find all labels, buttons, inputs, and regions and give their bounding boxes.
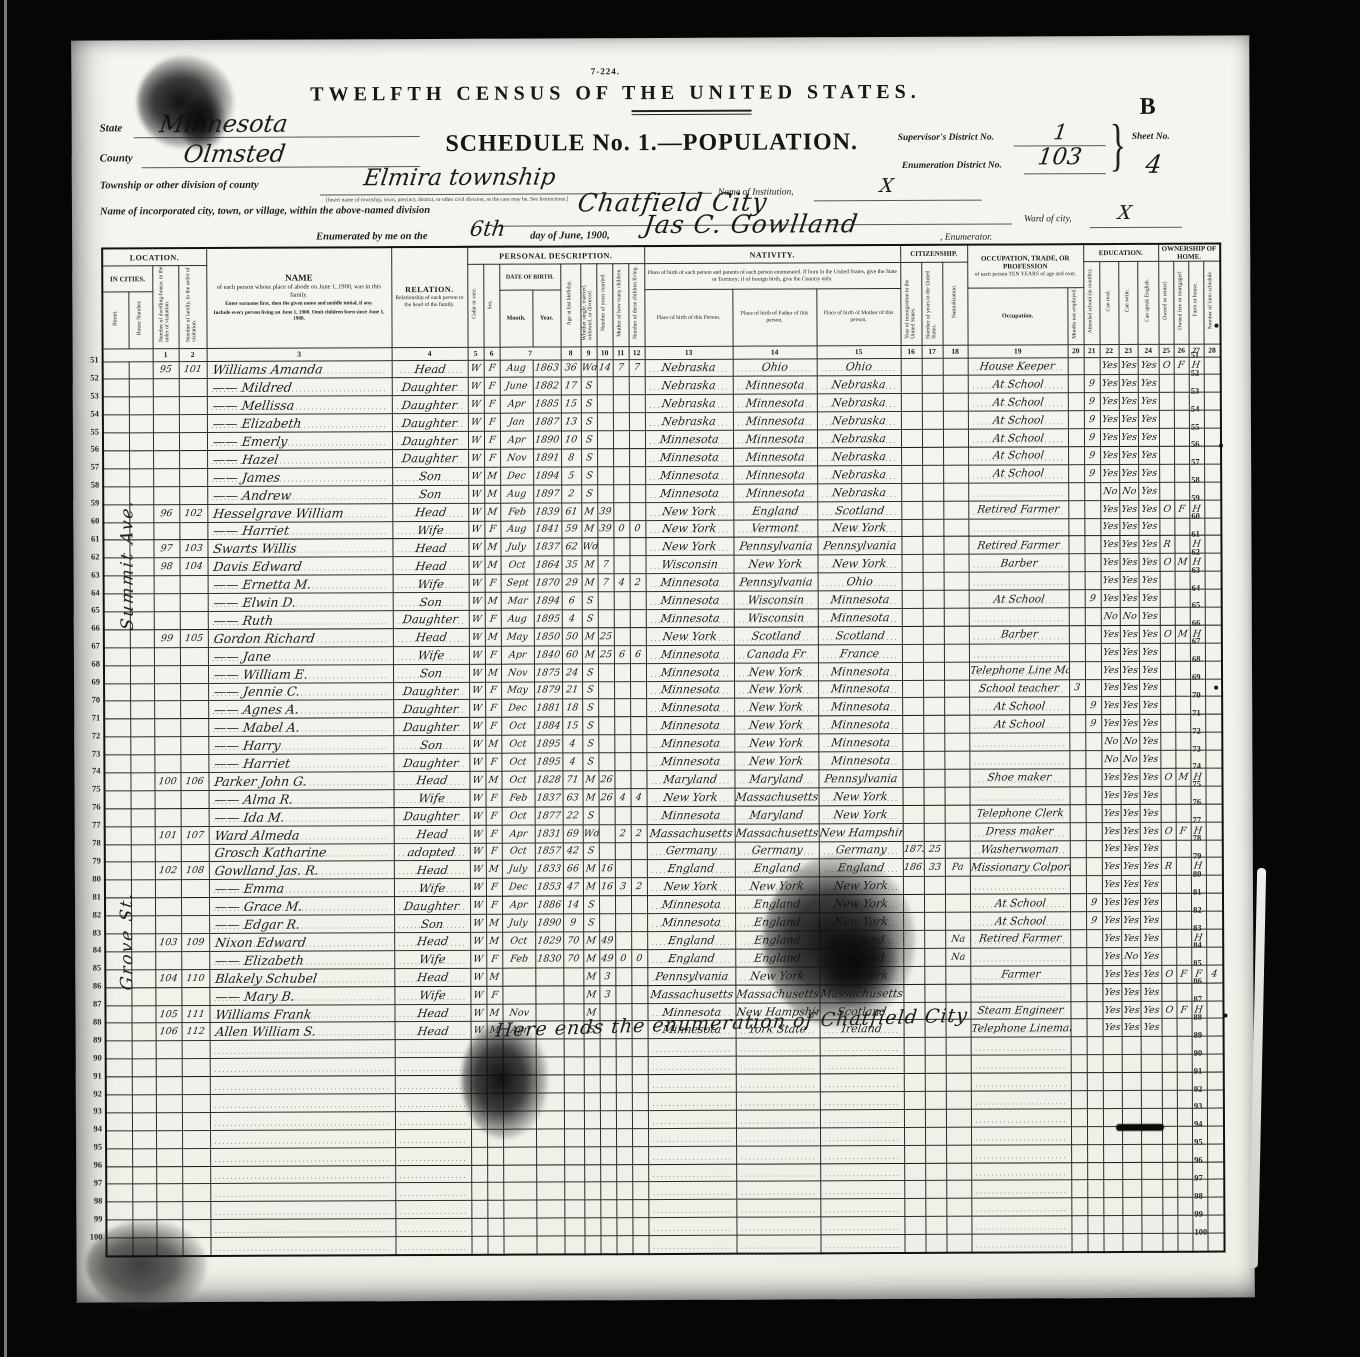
attended-school bbox=[1087, 1180, 1103, 1198]
family-number bbox=[182, 1094, 210, 1112]
birthplace-father bbox=[736, 1163, 820, 1181]
can-speak-english: Yes bbox=[1140, 947, 1161, 965]
months-not-employed bbox=[1071, 1198, 1087, 1216]
months-not-employed bbox=[1070, 787, 1086, 805]
marital-status: M bbox=[581, 520, 597, 538]
row-number: 72 bbox=[1192, 725, 1214, 743]
attended-school bbox=[1085, 625, 1101, 643]
birthplace-mother: Nebraska bbox=[817, 483, 901, 501]
occupation bbox=[971, 1127, 1071, 1145]
free-mortgaged bbox=[1175, 589, 1190, 607]
can-speak-english: Yes bbox=[1138, 500, 1159, 518]
marital-status: M bbox=[583, 932, 599, 950]
age bbox=[565, 1236, 585, 1254]
street bbox=[105, 826, 131, 844]
birth-year bbox=[537, 1236, 565, 1254]
row-number: 53 bbox=[1191, 385, 1213, 403]
mother-of-children bbox=[615, 896, 631, 914]
street bbox=[104, 719, 130, 737]
dwelling-number: 96 bbox=[153, 504, 179, 522]
can-read: Yes bbox=[1101, 590, 1120, 608]
mother-of-children bbox=[616, 1075, 632, 1093]
free-mortgaged bbox=[1175, 643, 1190, 661]
house-number bbox=[130, 755, 154, 773]
birthplace-mother: Nebraska bbox=[817, 465, 901, 483]
immigration-year bbox=[902, 680, 923, 698]
color-race bbox=[471, 1201, 487, 1219]
dwelling-number: 95 bbox=[153, 361, 179, 379]
marital-status: M bbox=[582, 556, 598, 574]
relation bbox=[395, 1129, 471, 1147]
years-in-us bbox=[922, 519, 943, 537]
children-living bbox=[630, 610, 646, 628]
immigration-year bbox=[904, 1073, 925, 1091]
months-not-employed bbox=[1070, 894, 1086, 912]
birthplace-father: Pennsylvania bbox=[734, 573, 818, 591]
months-not-employed bbox=[1071, 1216, 1087, 1234]
months-not-employed bbox=[1069, 626, 1085, 644]
years-in-us bbox=[922, 537, 943, 555]
row-number: 51 bbox=[77, 354, 99, 372]
can-speak-english: Yes bbox=[1140, 983, 1161, 1001]
color-race: W bbox=[469, 592, 485, 610]
free-mortgaged: F bbox=[1174, 357, 1189, 375]
can-read bbox=[1103, 1037, 1122, 1055]
occupation bbox=[970, 876, 1070, 894]
date-of-birth-header: DATE OF BIRTH. bbox=[499, 264, 560, 290]
years-married bbox=[598, 610, 614, 628]
dwelling-number: 101 bbox=[155, 826, 181, 844]
name: —— Elizabeth bbox=[209, 951, 394, 970]
ink-speck bbox=[1224, 1014, 1228, 1018]
name: Williams Frank bbox=[209, 1004, 394, 1023]
relation: Son bbox=[393, 736, 469, 754]
years-in-us bbox=[923, 555, 944, 573]
naturalization: Na bbox=[945, 948, 970, 966]
can-write: Yes bbox=[1120, 697, 1139, 715]
color-race: W bbox=[470, 843, 486, 861]
relation: Head bbox=[392, 503, 468, 521]
enumerator-label: , Enumerator. bbox=[940, 233, 992, 243]
color-race: W bbox=[468, 431, 484, 449]
immigration-year bbox=[903, 877, 924, 895]
can-read bbox=[1103, 1144, 1122, 1162]
color-race: W bbox=[470, 1004, 486, 1022]
census-rows: 95101Williams AmandaHeadWFAug186336Wd147… bbox=[103, 357, 1225, 1256]
birthplace-mother bbox=[820, 1074, 904, 1092]
mother-of-children bbox=[616, 1039, 632, 1057]
can-speak-english bbox=[1141, 1037, 1162, 1055]
owned-rented bbox=[1160, 715, 1175, 733]
occupation bbox=[969, 733, 1069, 751]
children-living bbox=[629, 377, 645, 395]
sex: F bbox=[485, 574, 501, 592]
can-read: Yes bbox=[1101, 554, 1120, 572]
mother-of-children bbox=[614, 753, 630, 771]
birthplace-father: New York bbox=[734, 555, 818, 573]
relation: Head bbox=[392, 539, 468, 557]
form-number: 7-224. bbox=[71, 64, 1139, 79]
immigration-year bbox=[904, 1091, 925, 1109]
can-speak-english bbox=[1141, 1072, 1162, 1090]
can-write: Yes bbox=[1121, 804, 1140, 822]
mother-of-children-header: Mother of how many children. bbox=[612, 264, 628, 347]
attended-school bbox=[1085, 661, 1101, 679]
age bbox=[564, 1129, 584, 1147]
sex: M bbox=[485, 592, 501, 610]
birthplace-mother: Minnesota bbox=[818, 698, 902, 716]
immigration-year bbox=[902, 698, 923, 716]
free-mortgaged bbox=[1176, 983, 1191, 1001]
birth-year: 1894 bbox=[534, 592, 562, 610]
months-not-employed bbox=[1069, 751, 1085, 769]
years-married bbox=[598, 663, 614, 681]
can-read bbox=[1103, 1073, 1122, 1091]
row-number: 99 bbox=[80, 1213, 102, 1231]
can-speak-english: Yes bbox=[1140, 804, 1161, 822]
mother-of-children bbox=[617, 1236, 633, 1254]
enumerated-day: 6th bbox=[468, 217, 507, 241]
family-number bbox=[179, 397, 207, 415]
dwelling-number bbox=[155, 951, 181, 969]
birth-year: 1895 bbox=[534, 735, 562, 753]
can-speak-english-header: Can speak English. bbox=[1137, 261, 1158, 344]
occupation: At School bbox=[970, 912, 1070, 930]
family-number bbox=[181, 951, 209, 969]
ink-speck bbox=[1214, 324, 1218, 328]
marital-status: S bbox=[583, 914, 599, 932]
occupation bbox=[968, 518, 1068, 536]
free-mortgaged bbox=[1177, 1019, 1192, 1037]
years-in-us bbox=[923, 590, 944, 608]
owned-rented bbox=[1162, 1162, 1177, 1180]
dwelling-number bbox=[154, 647, 180, 665]
row-number: 60 bbox=[77, 515, 99, 533]
children-living bbox=[629, 466, 645, 484]
family-number bbox=[180, 665, 208, 683]
house-number bbox=[132, 1059, 156, 1077]
can-write: Yes bbox=[1120, 572, 1139, 590]
sex-header: Sex. bbox=[483, 264, 499, 347]
birth-month: Oct bbox=[501, 735, 534, 753]
owned-rented bbox=[1160, 571, 1175, 589]
ink-smudge bbox=[179, 92, 225, 150]
name bbox=[211, 1237, 396, 1256]
relation: Daughter bbox=[392, 449, 468, 467]
birth-month: Jan bbox=[500, 413, 533, 431]
occupation bbox=[970, 983, 1070, 1001]
birthplace-person: Minnesota bbox=[645, 466, 733, 484]
can-speak-english: Yes bbox=[1140, 965, 1161, 983]
relation: Daughter bbox=[392, 378, 468, 396]
naturalization bbox=[943, 358, 968, 376]
attended-school bbox=[1085, 608, 1101, 626]
years-married bbox=[600, 1039, 616, 1057]
row-number: 56 bbox=[77, 444, 99, 462]
birthplace-person bbox=[648, 1217, 736, 1235]
immigration-year bbox=[903, 823, 924, 841]
name bbox=[210, 1183, 395, 1202]
years-married bbox=[598, 717, 614, 735]
years-married: 49 bbox=[599, 932, 615, 950]
naturalization bbox=[946, 1163, 971, 1181]
children-living bbox=[629, 502, 645, 520]
birthplace-person: Nebraska bbox=[645, 359, 733, 377]
occupation bbox=[971, 1091, 1071, 1109]
mother-of-children bbox=[615, 842, 631, 860]
relation: Head bbox=[392, 360, 468, 378]
can-speak-english bbox=[1141, 1144, 1162, 1162]
name bbox=[210, 1147, 395, 1166]
occupation-group-header: OCCUPATION, TRADE, OR PROFESSION of each… bbox=[967, 244, 1083, 288]
years-married bbox=[599, 896, 615, 914]
children-living bbox=[631, 967, 647, 985]
can-speak-english bbox=[1141, 1216, 1162, 1234]
attended-school bbox=[1086, 983, 1102, 1001]
house-number bbox=[130, 701, 154, 719]
birthplace-father: Minnesota bbox=[733, 448, 817, 466]
row-number: 94 bbox=[1194, 1119, 1216, 1137]
relation: Wife bbox=[394, 986, 470, 1004]
birthplace-father: Canada Fr bbox=[734, 645, 818, 663]
name: —— Hazel bbox=[207, 450, 392, 469]
name: —— Emma bbox=[209, 879, 394, 898]
owned-rented: O bbox=[1159, 357, 1174, 375]
mother-of-children bbox=[613, 538, 629, 556]
color-race: W bbox=[469, 664, 485, 682]
sex: F bbox=[486, 807, 502, 825]
birth-year: 1837 bbox=[535, 789, 563, 807]
birthplace-person: Minnesota bbox=[646, 591, 734, 609]
years-in-us bbox=[924, 823, 945, 841]
children-living bbox=[631, 896, 647, 914]
city-label: Name of incorporated city, town, or vill… bbox=[100, 205, 430, 217]
years-married bbox=[598, 681, 614, 699]
can-speak-english: Yes bbox=[1141, 1019, 1162, 1037]
birthplace-person bbox=[648, 1110, 736, 1128]
sex: M bbox=[484, 467, 500, 485]
can-write: Yes bbox=[1120, 715, 1139, 733]
months-not-employed bbox=[1069, 733, 1085, 751]
immigration-year bbox=[904, 1127, 925, 1145]
sex: M bbox=[485, 735, 501, 753]
months-not-employed bbox=[1071, 1073, 1087, 1091]
relation bbox=[395, 1219, 471, 1237]
occupation bbox=[969, 751, 1069, 769]
family-number bbox=[179, 522, 207, 540]
children-living: 6 bbox=[630, 645, 646, 663]
occupation: Barber bbox=[969, 554, 1069, 572]
house-number bbox=[130, 737, 154, 755]
row-number: 92 bbox=[1194, 1083, 1216, 1101]
row-number: 73 bbox=[78, 748, 100, 766]
birth-month bbox=[503, 1218, 536, 1236]
sex: M bbox=[486, 932, 502, 950]
supervisor-district-label: Supervisor's District No. bbox=[898, 133, 994, 143]
row-number: 57 bbox=[1191, 457, 1213, 475]
years-married bbox=[598, 753, 614, 771]
sex: F bbox=[486, 950, 502, 968]
months-not-employed bbox=[1071, 1055, 1087, 1073]
birth-month: Feb bbox=[502, 789, 535, 807]
relation: Head bbox=[394, 861, 470, 879]
birth-year: 1863 bbox=[533, 359, 561, 377]
occupation bbox=[971, 1198, 1071, 1216]
immigration-year bbox=[902, 626, 923, 644]
enumeration-district-value: 103 bbox=[1036, 144, 1083, 170]
birth-year: 1890 bbox=[533, 431, 561, 449]
sex: F bbox=[484, 521, 500, 539]
relation: Son bbox=[393, 592, 469, 610]
birth-month: Dec bbox=[500, 467, 533, 485]
months-not-employed bbox=[1071, 1180, 1087, 1198]
months-not-employed bbox=[1069, 572, 1085, 590]
sex: F bbox=[485, 610, 501, 628]
age: 4 bbox=[562, 753, 582, 771]
family-number bbox=[179, 450, 207, 468]
sex: F bbox=[486, 896, 502, 914]
birthplace-person: Minnesota bbox=[647, 913, 735, 931]
street bbox=[106, 1184, 132, 1202]
age: 70 bbox=[563, 950, 583, 968]
can-speak-english: Yes bbox=[1139, 750, 1160, 768]
birthplace-mother bbox=[820, 1163, 904, 1181]
years-married bbox=[600, 1182, 616, 1200]
age-header: Age at last birthday. bbox=[560, 264, 580, 347]
birth-month bbox=[504, 1236, 537, 1254]
free-mortgaged bbox=[1174, 464, 1189, 482]
children-living bbox=[630, 681, 646, 699]
birthplace-mother: Scotland bbox=[817, 501, 901, 519]
family-number bbox=[181, 880, 209, 898]
age: 13 bbox=[561, 413, 581, 431]
naturalization bbox=[945, 894, 970, 912]
color-race: W bbox=[468, 521, 484, 539]
occupation: Shoe maker bbox=[970, 769, 1070, 787]
years-in-us bbox=[924, 984, 945, 1002]
birthplace-mother: Minnesota bbox=[818, 608, 902, 626]
years-married bbox=[600, 1218, 616, 1236]
birthplace-person: Pennsylvania bbox=[647, 967, 735, 985]
occupation bbox=[971, 1055, 1071, 1073]
children-living bbox=[632, 1093, 648, 1111]
birth-month bbox=[502, 968, 535, 986]
table-row bbox=[106, 1233, 1224, 1256]
row-number: 75 bbox=[78, 784, 100, 802]
naturalization bbox=[946, 1038, 971, 1056]
row-number: 79 bbox=[1193, 851, 1215, 869]
color-race: W bbox=[470, 896, 486, 914]
family-number: 109 bbox=[181, 933, 209, 951]
age bbox=[564, 1182, 584, 1200]
age: 8 bbox=[561, 449, 581, 467]
name bbox=[210, 1201, 395, 1220]
attended-school bbox=[1085, 643, 1101, 661]
can-read: No bbox=[1100, 482, 1119, 500]
relation: Daughter bbox=[393, 718, 469, 736]
house-number bbox=[132, 1077, 156, 1095]
birth-year bbox=[536, 1147, 564, 1165]
birthplace-mother: New York bbox=[818, 555, 902, 573]
mother-of-children bbox=[614, 592, 630, 610]
name: —— Elizabeth bbox=[207, 414, 392, 433]
row-number: 65 bbox=[78, 605, 100, 623]
birthplace-person: Minnesota bbox=[645, 430, 733, 448]
name: Ward Almeda bbox=[209, 825, 394, 844]
immigration-year: 1875 bbox=[903, 841, 924, 859]
row-number: 87 bbox=[79, 999, 101, 1017]
attended-school bbox=[1087, 1073, 1103, 1091]
can-write: No bbox=[1121, 947, 1140, 965]
birthplace-person bbox=[648, 1200, 736, 1218]
sex bbox=[487, 1147, 503, 1165]
naturalization bbox=[946, 1109, 971, 1127]
naturalization bbox=[946, 1055, 971, 1073]
can-speak-english bbox=[1141, 1180, 1162, 1198]
row-number: 80 bbox=[79, 873, 101, 891]
birth-month: June bbox=[500, 377, 533, 395]
attended-school bbox=[1087, 1126, 1103, 1144]
birthplace-father: Minnesota bbox=[733, 376, 817, 394]
age: 24 bbox=[562, 663, 582, 681]
can-read bbox=[1103, 1180, 1122, 1198]
birth-year bbox=[536, 1165, 564, 1183]
dwelling-number bbox=[154, 683, 180, 701]
sex bbox=[488, 1236, 504, 1254]
dwelling-number bbox=[156, 1077, 182, 1095]
family-number bbox=[182, 1148, 210, 1166]
occupation bbox=[968, 482, 1068, 500]
row-numbers-right: 5152535455565758596061626364656667686970… bbox=[1191, 350, 1217, 1245]
immigration-year bbox=[903, 787, 924, 805]
years-in-us bbox=[925, 1163, 946, 1181]
can-write bbox=[1122, 1090, 1141, 1108]
immigration-year bbox=[901, 501, 922, 519]
row-number: 74 bbox=[1192, 761, 1214, 779]
can-write: Yes bbox=[1120, 625, 1139, 643]
ink-smudge bbox=[817, 917, 897, 1007]
can-write: Yes bbox=[1119, 375, 1138, 393]
sex: F bbox=[486, 843, 502, 861]
relation: Daughter bbox=[392, 431, 468, 449]
family-number bbox=[180, 701, 208, 719]
can-write: No bbox=[1119, 482, 1138, 500]
relation bbox=[395, 1075, 471, 1093]
years-married bbox=[597, 377, 613, 395]
years-in-us bbox=[924, 930, 945, 948]
family-number: 107 bbox=[181, 826, 209, 844]
dwelling-number bbox=[154, 737, 180, 755]
can-read: No bbox=[1101, 751, 1120, 769]
children-living: 7 bbox=[629, 359, 645, 377]
row-number: 92 bbox=[80, 1088, 102, 1106]
relation bbox=[395, 1183, 471, 1201]
years-in-us bbox=[922, 376, 943, 394]
occupation: Retired Farmer bbox=[970, 930, 1070, 948]
name: Nixon Edward bbox=[209, 933, 394, 952]
sex: F bbox=[484, 360, 500, 378]
marital-status bbox=[584, 1146, 600, 1164]
township-label: Township or other division of county bbox=[100, 180, 259, 192]
can-speak-english: Yes bbox=[1138, 393, 1159, 411]
free-mortgaged bbox=[1175, 679, 1190, 697]
color-race: W bbox=[469, 574, 485, 592]
dwelling-number bbox=[153, 415, 179, 433]
years-in-us bbox=[922, 358, 943, 376]
attended-school bbox=[1086, 965, 1102, 983]
can-read bbox=[1103, 1216, 1122, 1234]
row-number: 63 bbox=[78, 569, 100, 587]
